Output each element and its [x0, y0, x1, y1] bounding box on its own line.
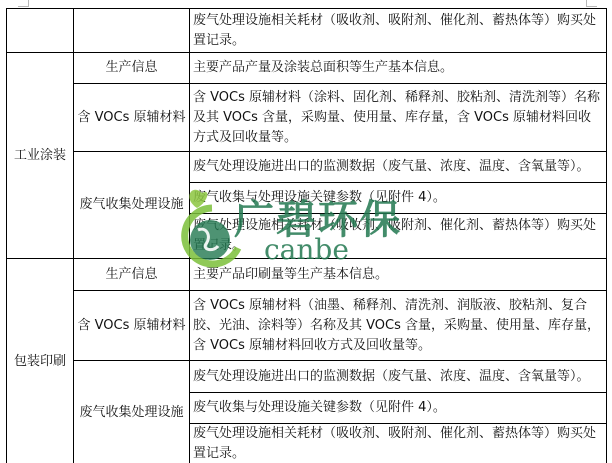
table-row: 含 VOCs 原辅材料 含 VOCs 原辅材料（涂料、固化剂、稀释剂、胶粘剂、清… — [7, 84, 607, 152]
category-cell — [74, 9, 190, 53]
table-row: 工业涂装 生产信息 主要产品产量及涂装总面积等生产基本信息。 — [7, 53, 607, 84]
category-cell: 废气收集处理设施 — [74, 361, 190, 463]
table-row: 含 VOCs 原辅材料 含 VOCs 原辅材料（油墨、稀释剂、清洗剂、润版液、胶… — [7, 291, 607, 361]
content-cell: 主要产品产量及涂装总面积等生产基本信息。 — [190, 53, 607, 84]
voc-records-table: 废气处理设施相关耗材（吸收剂、吸附剂、催化剂、蓄热体等）购买处置记录。 工业涂装… — [6, 8, 607, 463]
page-corner-mark-right — [586, 0, 597, 7]
industry-cell-printing: 包装印刷 — [7, 259, 74, 463]
category-cell: 废气收集处理设施 — [74, 152, 190, 259]
table-row: 废气处理设施相关耗材（吸收剂、吸附剂、催化剂、蓄热体等）购买处置记录。 — [7, 9, 607, 53]
content-cell: 废气处理设施进出口的监测数据（废气量、浓度、温度、含氧量等）。 — [190, 361, 607, 393]
content-cell: 废气处理设施进出口的监测数据（废气量、浓度、温度、含氧量等）。 — [190, 152, 607, 183]
table-row: 包装印刷 生产信息 主要产品印刷量等生产基本信息。 — [7, 259, 607, 291]
industry-cell — [7, 9, 74, 53]
category-cell: 生产信息 — [74, 53, 190, 84]
content-cell: 含 VOCs 原辅材料（油墨、稀释剂、清洗剂、润版液、胶粘剂、复合胶、光油、涂料… — [190, 291, 607, 361]
category-cell: 含 VOCs 原辅材料 — [74, 84, 190, 152]
category-cell: 含 VOCs 原辅材料 — [74, 291, 190, 361]
content-cell: 主要产品印刷量等生产基本信息。 — [190, 259, 607, 291]
table-row: 废气收集处理设施 废气处理设施进出口的监测数据（废气量、浓度、温度、含氧量等）。 — [7, 361, 607, 393]
table-row: 废气收集处理设施 废气处理设施进出口的监测数据（废气量、浓度、温度、含氧量等）。 — [7, 152, 607, 183]
content-cell: 废气处理设施相关耗材（吸收剂、吸附剂、催化剂、蓄热体等）购买处置记录。 — [190, 424, 607, 463]
content-cell: 废气收集与处理设施关键参数（见附件 4）。 — [190, 183, 607, 214]
content-cell: 废气收集与处理设施关键参数（见附件 4）。 — [190, 393, 607, 424]
content-cell: 废气处理设施相关耗材（吸收剂、吸附剂、催化剂、蓄热体等）购买处置记录。 — [190, 214, 607, 259]
industry-cell-coating: 工业涂装 — [7, 53, 74, 259]
content-cell: 含 VOCs 原辅材料（涂料、固化剂、稀释剂、胶粘剂、清洗剂等）名称及其 VOC… — [190, 84, 607, 152]
page-corner-mark-left — [18, 0, 29, 7]
category-cell: 生产信息 — [74, 259, 190, 291]
content-cell: 废气处理设施相关耗材（吸收剂、吸附剂、催化剂、蓄热体等）购买处置记录。 — [190, 9, 607, 53]
